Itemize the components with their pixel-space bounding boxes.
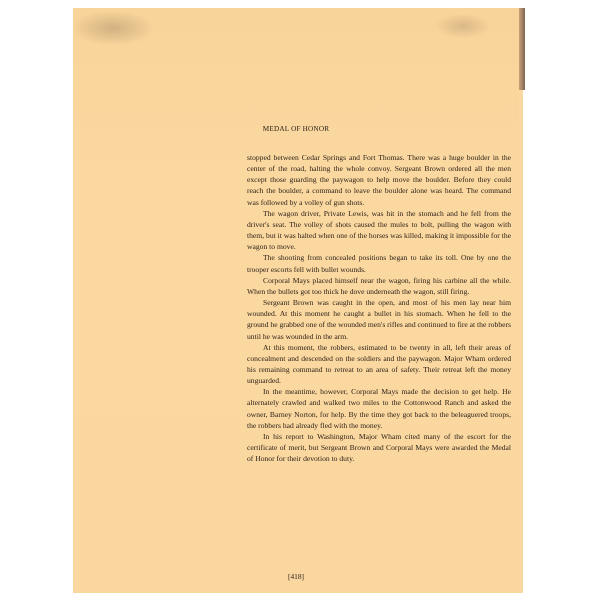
paragraph: Corporal Mays placed himself near the wa… xyxy=(247,275,511,297)
body-text: stopped between Cedar Springs and Fort T… xyxy=(247,152,511,464)
paragraph: stopped between Cedar Springs and Fort T… xyxy=(247,152,511,208)
paragraph: The wagon driver, Private Lewis, was hit… xyxy=(247,208,511,253)
paragraph: Sergeant Brown was caught in the open, a… xyxy=(247,297,511,342)
page-number: [418] xyxy=(73,572,519,581)
paragraph: The shooting from concealed positions be… xyxy=(247,252,511,274)
page-edge-shadow xyxy=(519,8,525,90)
paragraph: In the meantime, however, Corporal Mays … xyxy=(247,386,511,431)
page-edge xyxy=(519,90,523,593)
running-header: MEDAL OF HONOR xyxy=(73,125,519,133)
paragraph: In his report to Washington, Major Wham … xyxy=(247,431,511,464)
paragraph: At this moment, the robbers, estimated t… xyxy=(247,342,511,387)
